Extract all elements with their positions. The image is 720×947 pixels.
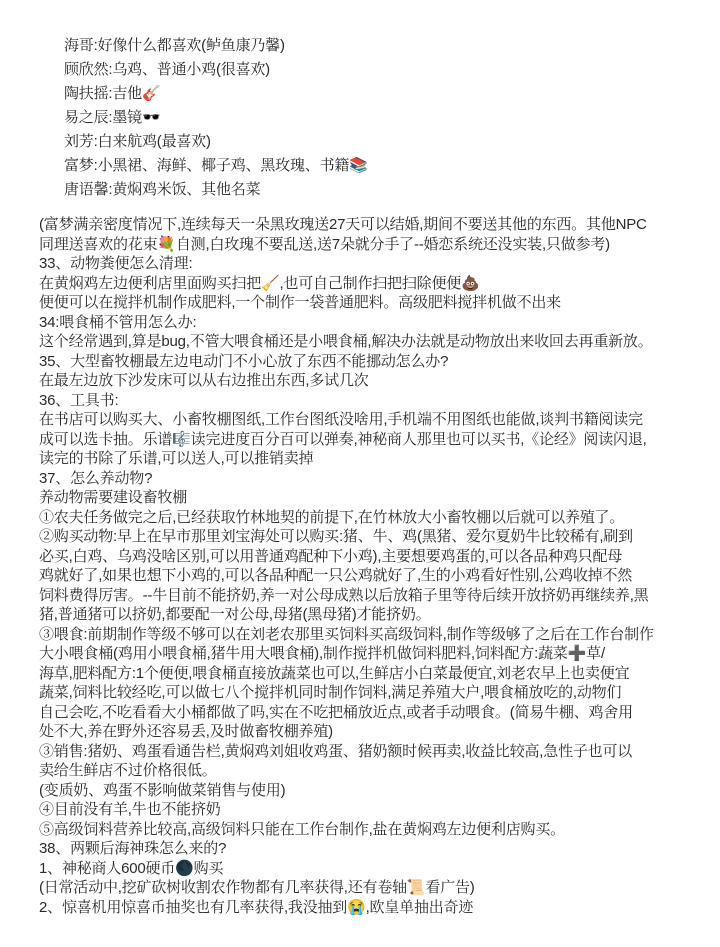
- text-line: ①农夫任务做完之后,已经获取竹林地契的前提下,在竹林放大小畜牧棚以后就可以养殖了…: [39, 508, 711, 528]
- npc-gift-line: 唐语馨:黄焖鸡米饭、其他名菜: [64, 178, 711, 202]
- text-line: (富梦满亲密度情况下,连续每天一朵黑玫瑰送27天可以结婚,期间不要送其他的东西。…: [39, 215, 711, 235]
- npc-gift-line: 刘芳:白来航鸡(最喜欢): [64, 130, 711, 154]
- text-line: 必买,白鸡、乌鸡没啥区别,可以用普通鸡配种下小鸡),主要想要鸡蛋的,可以各品种鸡…: [39, 547, 711, 567]
- text-line: ④目前没有羊,牛也不能挤奶: [39, 800, 711, 820]
- npc-gift-line: 陶扶摇:吉他🎸: [64, 82, 711, 106]
- text-line: 38、两颗后海神珠怎么来的?: [39, 839, 711, 859]
- text-line: 34:喂食桶不管用怎么办:: [39, 313, 711, 333]
- text-line: 处不大,养在野外还容易丢,及时做畜牧棚养殖): [39, 722, 711, 742]
- text-line: 在最左边放下沙发床可以从右边推出东西,多试几次: [39, 371, 711, 391]
- text-line: 35、大型畜牧棚最左边电动门不小心放了东西不能挪动怎么办?: [39, 352, 711, 372]
- text-line: 卖给生鲜店不过价格很低。: [39, 761, 711, 781]
- npc-gift-line: 顾欣然:乌鸡、普通小鸡(很喜欢): [64, 58, 711, 82]
- text-line: 猪,普通猪可以挤奶,都要配一对公母,母猪(黑母猪)才能挤奶。: [39, 605, 711, 625]
- text-line: 便便可以在搅拌机制作成肥料,一个制作一袋普通肥料。高级肥料搅拌机做不出来: [39, 293, 711, 313]
- text-line: ⑤高级饲料营养比较高,高级饲料只能在工作台制作,盐在黄焖鸡左边便利店购买。: [39, 820, 711, 840]
- text-line: 1、神秘商人600硬币🌑购买: [39, 859, 711, 879]
- text-line: 在书店可以购买大、小畜牧棚图纸,工作台图纸没啥用,手机端不用图纸也能做,谈判书籍…: [39, 410, 711, 430]
- text-line: 同理送喜欢的花束💐自测,白玫瑰不要乱送,送7朵就分手了--婚恋系统还没实装,只做…: [39, 235, 711, 255]
- text-line: ③销售:猪奶、鸡蛋看通告栏,黄焖鸡刘姐收鸡蛋、猪奶额时候再卖,收益比较高,急性子…: [39, 742, 711, 762]
- faq-body: (富梦满亲密度情况下,连续每天一朵黑玫瑰送27天可以结婚,期间不要送其他的东西。…: [39, 215, 711, 917]
- text-line: 大小喂食桶(鸡用小喂食桶,猪牛用大喂食桶),制作搅拌机做饲料肥料,饲料配方:蔬菜…: [39, 644, 711, 664]
- text-line: 饲料费得厉害。--牛目前不能挤奶,养一对公母成熟以后放箱子里等待后续开放挤奶再继…: [39, 586, 711, 606]
- game-faq-document: 海哥:好像什么都喜欢(鲈鱼康乃馨) 顾欣然:乌鸡、普通小鸡(很喜欢) 陶扶摇:吉…: [39, 34, 711, 917]
- npc-gift-line: 易之辰:墨镜🕶️: [64, 106, 711, 130]
- text-line: 自己会吃,不吃看看大小桶都做了吗,实在不吃把桶放近点,或者手动喂食。(简易牛棚、…: [39, 703, 711, 723]
- text-line: 养动物需要建设畜牧棚: [39, 488, 711, 508]
- text-line: 2、惊喜机用惊喜币抽奖也有几率获得,我没抽到😭,欧皇单抽出奇迹: [39, 898, 711, 918]
- text-line: 成可以选卡抽。乐谱🎼读完进度百分百可以弹奏,神秘商人那里也可以买书,《论经》阅读…: [39, 430, 711, 450]
- text-line: 在黄焖鸡左边便利店里面购买扫把🧹,也可自己制作扫把扫除便便💩: [39, 274, 711, 294]
- text-line: (变质奶、鸡蛋不影响做菜销售与使用): [39, 781, 711, 801]
- npc-gift-line: 海哥:好像什么都喜欢(鲈鱼康乃馨): [64, 34, 711, 58]
- text-line: 海草,肥料配方:1个便便,喂食桶直接放蔬菜也可以,生鲜店小白菜最便宜,刘老农早上…: [39, 664, 711, 684]
- text-line: 36、工具书:: [39, 391, 711, 411]
- text-line: 这个经常遇到,算是bug,不管大喂食桶还是小喂食桶,解决办法就是动物放出来收回去…: [39, 332, 711, 352]
- text-line: 读完的书除了乐谱,可以送人,可以推销卖掉: [39, 449, 711, 469]
- text-line: (日常活动中,挖矿砍树收割农作物都有几率获得,还有卷轴📜看广告): [39, 878, 711, 898]
- text-line: 37、怎么养动物?: [39, 469, 711, 489]
- text-line: ③喂食:前期制作等级不够可以在刘老农那里买饲料买高级饲料,制作等级够了之后在工作…: [39, 625, 711, 645]
- npc-gift-list: 海哥:好像什么都喜欢(鲈鱼康乃馨) 顾欣然:乌鸡、普通小鸡(很喜欢) 陶扶摇:吉…: [64, 34, 711, 202]
- text-line: 鸡就好了,如果也想下小鸡的,可以各品种配一只公鸡就好了,生的小鸡看好性别,公鸡收…: [39, 566, 711, 586]
- text-line: 蔬菜,饲料比较经吃,可以做七八个搅拌机同时制作饲料,满足养殖大户,喂食桶放吃的,…: [39, 683, 711, 703]
- npc-gift-line: 富梦:小黑裙、海鲜、椰子鸡、黑玫瑰、书籍📚: [64, 154, 711, 178]
- text-line: 33、动物粪便怎么清理:: [39, 254, 711, 274]
- text-line: ②购买动物:早上在早市那里刘宝海处可以购买:猪、牛、鸡(黑猪、爱尔夏奶牛比较稀有…: [39, 527, 711, 547]
